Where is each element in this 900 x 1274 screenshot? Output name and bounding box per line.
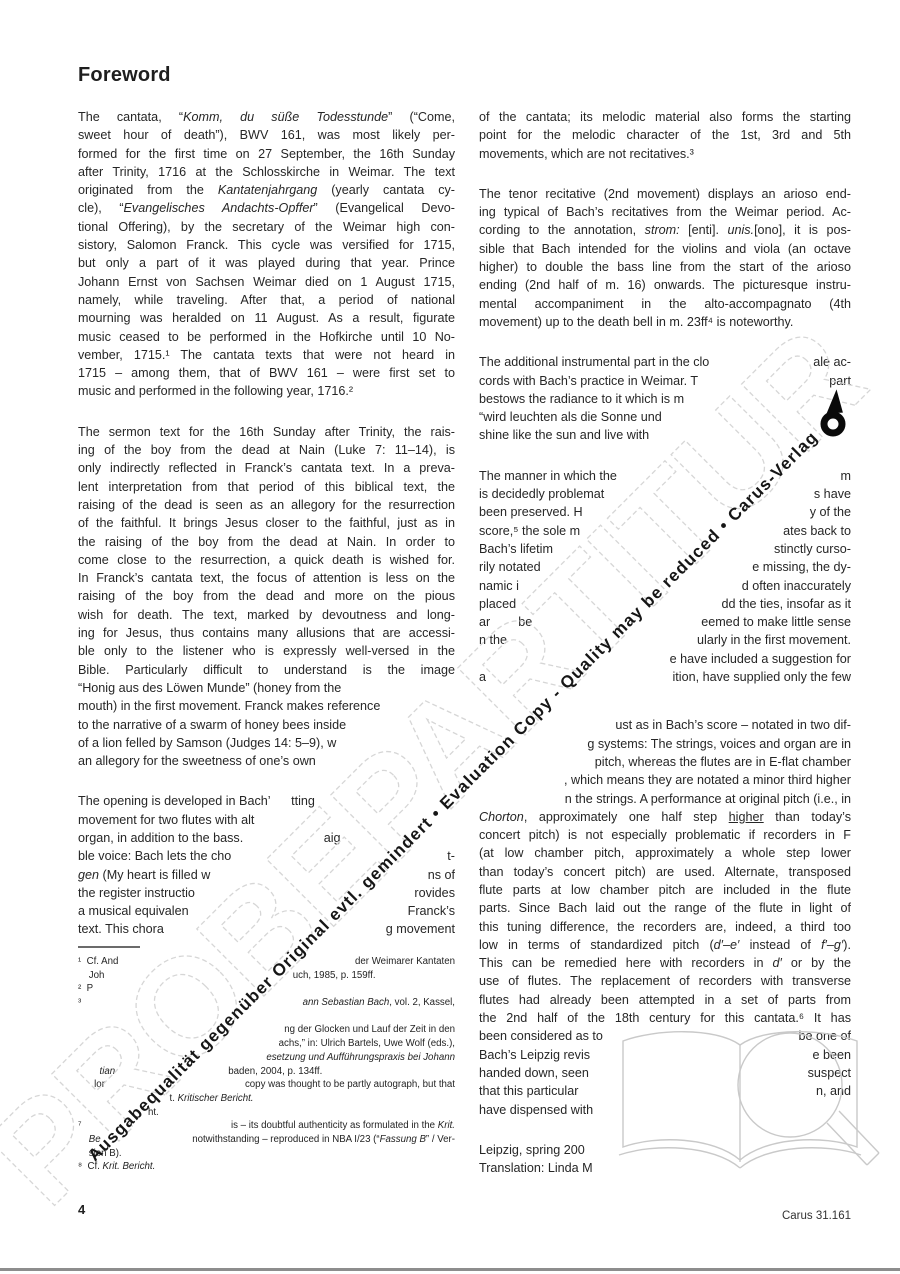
- text-line: organ, in addition to the bass. aig: [78, 829, 455, 847]
- text-line: tional Offering), by the secretary of th…: [78, 218, 455, 236]
- text-line: but only a part of it was played during …: [78, 254, 455, 272]
- text-line: sistory, Salomon Franck. This cycle was …: [78, 236, 455, 254]
- text-line: ht.: [78, 1106, 455, 1120]
- text-line: mouth) in the first movement. Franck mak…: [78, 697, 455, 715]
- paragraph: of the cantata; its melodic material als…: [479, 108, 851, 163]
- text-line: cle), “Evangelisches Andachts-Opffer” (E…: [78, 199, 455, 217]
- text-line: ng der Glocken und Lauf der Zeit in den: [78, 1023, 455, 1037]
- text-line: cords with Bach’s practice in Weimar. Tp…: [479, 372, 851, 390]
- text-line: In Franck’s cantata text, the focus of a…: [78, 569, 455, 587]
- text-line: an allegory for the sweetness of one’s o…: [78, 752, 455, 770]
- text-line: the raising of the boy from the dead at …: [78, 533, 455, 551]
- text-line: gen (My heart is filled wns of: [78, 866, 455, 884]
- text-line: music and performed in the following yea…: [78, 382, 455, 400]
- text-line: bestows the radiance to it which is m: [479, 390, 851, 408]
- paragraph: The sermon text for the 16th Sunday afte…: [78, 423, 455, 771]
- text-line: sible that Bach intended for the violins…: [479, 240, 851, 258]
- text-line: ble only to the listener who is expressl…: [78, 642, 455, 660]
- text-line: mourning was heralded on 11 August. As a…: [78, 309, 455, 327]
- text-line: Joh uch, 1985, p. 159ff.: [78, 969, 455, 983]
- text-line: formed for the first time on 27 Septembe…: [78, 145, 455, 163]
- text-line: ending (2nd half of m. 16) onwards. The …: [479, 276, 851, 294]
- paragraph: Leipzig, spring 200Translation: Linda M: [479, 1141, 851, 1178]
- text-line: score,⁵ the sole mates back to: [479, 522, 851, 540]
- text-line: “wird leuchten als die Sonne und: [479, 408, 851, 426]
- text-line: wish for death. The text, marked by devo…: [78, 606, 455, 624]
- text-line: The sermon text for the 16th Sunday afte…: [78, 423, 455, 441]
- text-line: ⁸ Cf. Krit. Bericht.: [78, 1160, 455, 1174]
- text-line: raising of the dead is seen as an allego…: [78, 496, 455, 514]
- text-line: namely, while traveling. After that, a p…: [78, 291, 455, 309]
- text-line: ing typical of Bach’s recitatives from t…: [479, 203, 851, 221]
- text-line: point for the melodic character of the 1…: [479, 126, 851, 144]
- text-line: sion B).: [78, 1147, 455, 1161]
- text-line: vember, 1715.¹ The cantata texts that we…: [78, 346, 455, 364]
- text-line: movement) up to the death bell in m. 23f…: [479, 313, 851, 331]
- text-line: of the cantata; its melodic material als…: [479, 108, 851, 126]
- text-line: Translation: Linda M: [479, 1159, 851, 1177]
- text-line: , which means they are notated a minor t…: [479, 771, 851, 789]
- text-line: movements, which are not recitatives.³: [479, 145, 851, 163]
- text-line: e have included a suggestion for: [479, 650, 851, 668]
- text-line: [78, 1010, 455, 1024]
- edition-number: Carus 31.161: [479, 1210, 851, 1222]
- text-line: is decidedly problemats have: [479, 485, 851, 503]
- text-line: ar beeemed to make little sense: [479, 613, 851, 631]
- text-line: ing for Jesus, thus contains many allusi…: [78, 624, 455, 642]
- text-line: have dispensed with: [479, 1101, 851, 1119]
- text-line: 1715 – among them, that of BWV 161 – wer…: [78, 364, 455, 382]
- text-line: mental accompaniment in the alto-accompa…: [479, 295, 851, 313]
- text-line: Bach’s Leipzig revise been: [479, 1046, 851, 1064]
- text-line: been considered as tobe one of: [479, 1027, 851, 1045]
- text-line: ⁷is – its doubtful authenticity as formu…: [78, 1119, 455, 1133]
- text-line: sweet hour of death”), BWV 161, was most…: [78, 126, 455, 144]
- text-line: handed down, seensuspect: [479, 1064, 851, 1082]
- text-line: of the faithful. It brings Jesus closer …: [78, 514, 455, 532]
- text-line: that this particularn, and: [479, 1082, 851, 1100]
- text-line: (at low chamber pitch, approximately a w…: [479, 844, 851, 862]
- text-line: ³ann Sebastian Bach, vol. 2, Kassel,: [78, 996, 455, 1010]
- text-line: rily notatede missing, the dy-: [479, 558, 851, 576]
- paragraph: The opening is developed in Bach’ ttingm…: [78, 792, 455, 938]
- text-line: Chorton, approximately one half step hig…: [479, 808, 851, 826]
- paragraph: The cantata, “Komm, du süße Todesstunde”…: [78, 108, 455, 401]
- page-title: Foreword: [78, 64, 171, 87]
- document-page: Foreword The cantata, “Komm, du süße Tod…: [0, 0, 900, 1274]
- text-line: music ceased to be performed in the Hofk…: [78, 328, 455, 346]
- text-line: pitch, whereas the flutes are in E-flat …: [479, 753, 851, 771]
- text-line: this tuning difference, the recorders ar…: [479, 918, 851, 936]
- text-line: The cantata, “Komm, du süße Todesstunde”…: [78, 108, 455, 126]
- text-line: originated from the Kantatenjahrgang (ye…: [78, 181, 455, 199]
- text-line: movement for two flutes with alt: [78, 811, 455, 829]
- text-line: ¹ Cf. Andder Weimarer Kantaten: [78, 955, 455, 969]
- text-line: ble voice: Bach lets the chot-: [78, 847, 455, 865]
- text-line: t. Kritischer Bericht.: [78, 1092, 455, 1106]
- text-line: “Honig aus des Löwen Munde” (honey from …: [78, 679, 455, 697]
- text-line: a musical equivalenFranck’s: [78, 902, 455, 920]
- column-right: of the cantata; its melodic material als…: [479, 108, 851, 1177]
- text-line: n the strings. A performance at original…: [479, 790, 851, 808]
- text-line: The opening is developed in Bach’ tting: [78, 792, 455, 810]
- text-line: placeddd the ties, insofar as it: [479, 595, 851, 613]
- text-line: cording to the annotation, strom: [enti]…: [479, 221, 851, 239]
- text-line: shine like the sun and live with: [479, 426, 851, 444]
- text-line: concert pitch) is not especially problem…: [479, 826, 851, 844]
- text-line: Leipzig, spring 200: [479, 1141, 851, 1159]
- text-line: been preserved. Hy of the: [479, 503, 851, 521]
- text-line: of a lion felled by Samson (Judges 14: 5…: [78, 734, 455, 752]
- text-line: The manner in which them: [479, 467, 851, 485]
- paragraph: The manner in which themis decidedly pro…: [479, 467, 851, 687]
- text-line: ust as in Bach’s score – notated in two …: [479, 716, 851, 734]
- text-line: the register instructiorovides: [78, 884, 455, 902]
- text-line: namic id often inaccurately: [479, 577, 851, 595]
- text-line: use of flutes. The replacement of record…: [479, 972, 851, 990]
- footnotes: ¹ Cf. Andder Weimarer Kantaten Joh uch, …: [78, 955, 455, 1174]
- text-line: come close to the resurrection, a quick …: [78, 551, 455, 569]
- text-line: aition, have supplied only the few: [479, 668, 851, 686]
- text-line: The tenor recitative (2nd movement) disp…: [479, 185, 851, 203]
- text-line: after Trinity, 1716 at the Schlosskirche…: [78, 163, 455, 181]
- text-line: tian baden, 2004, p. 134ff.: [78, 1065, 455, 1079]
- text-line: Bible. Particularly difficult to underst…: [78, 661, 455, 679]
- text-line: Bach’s lifetimstinctly curso-: [479, 540, 851, 558]
- footnotes-block: ¹ Cf. Andder Weimarer Kantaten Joh uch, …: [78, 946, 455, 1174]
- text-line: the 2nd half of the 18th century for thi…: [479, 1009, 851, 1027]
- text-line: higher) to double the bass line from the…: [479, 258, 851, 276]
- text-line: n theularly in the first movement.: [479, 631, 851, 649]
- text-line: lent interpretation from that period of …: [78, 478, 455, 496]
- paragraph: ust as in Bach’s score – notated in two …: [479, 716, 851, 1119]
- text-line: lorcopy was thought to be partly autogra…: [78, 1078, 455, 1092]
- text-line: only indirectly reflected in Franck’s ca…: [78, 459, 455, 477]
- text-line: Benotwithstanding – reproduced in NBA I/…: [78, 1133, 455, 1147]
- text-line: ² P: [78, 982, 455, 996]
- text-line: esetzung und Aufführungspraxis bei Johan…: [78, 1051, 455, 1065]
- text-line: ing of the boy from the dead at Nain (Lu…: [78, 441, 455, 459]
- text-line: flute parts at low chamber pitch are inc…: [479, 881, 851, 899]
- column-left: The cantata, “Komm, du süße Todesstunde”…: [78, 108, 455, 939]
- footnote-rule: [78, 946, 140, 948]
- paragraph: The tenor recitative (2nd movement) disp…: [479, 185, 851, 331]
- text-line: flutes had already been attempted in a s…: [479, 991, 851, 1009]
- page-bottom-edge: [0, 1268, 900, 1271]
- page-number: 4: [78, 1202, 85, 1217]
- paragraph: The additional instrumental part in the …: [479, 353, 851, 444]
- text-line: g systems: The strings, voices and organ…: [479, 735, 851, 753]
- text-line: achs,” in: Ulrich Bartels, Uwe Wolf (eds…: [78, 1037, 455, 1051]
- text-line: This can be remedied here with recorders…: [479, 954, 851, 972]
- text-line: than today’s concert pitch) are used. Al…: [479, 863, 851, 881]
- text-line: The additional instrumental part in the …: [479, 353, 851, 371]
- text-line: Johann Ernst von Sachsen Weimar died on …: [78, 273, 455, 291]
- text-line: parts. Since Bach laid out the range of …: [479, 899, 851, 917]
- text-line: text. This chorag movement: [78, 920, 455, 938]
- text-line: to the narrative of a swarm of honey bee…: [78, 716, 455, 734]
- text-line: low in terms of standardized pitch (d′–e…: [479, 936, 851, 954]
- text-line: raising of the boy from the dead and mor…: [78, 587, 455, 605]
